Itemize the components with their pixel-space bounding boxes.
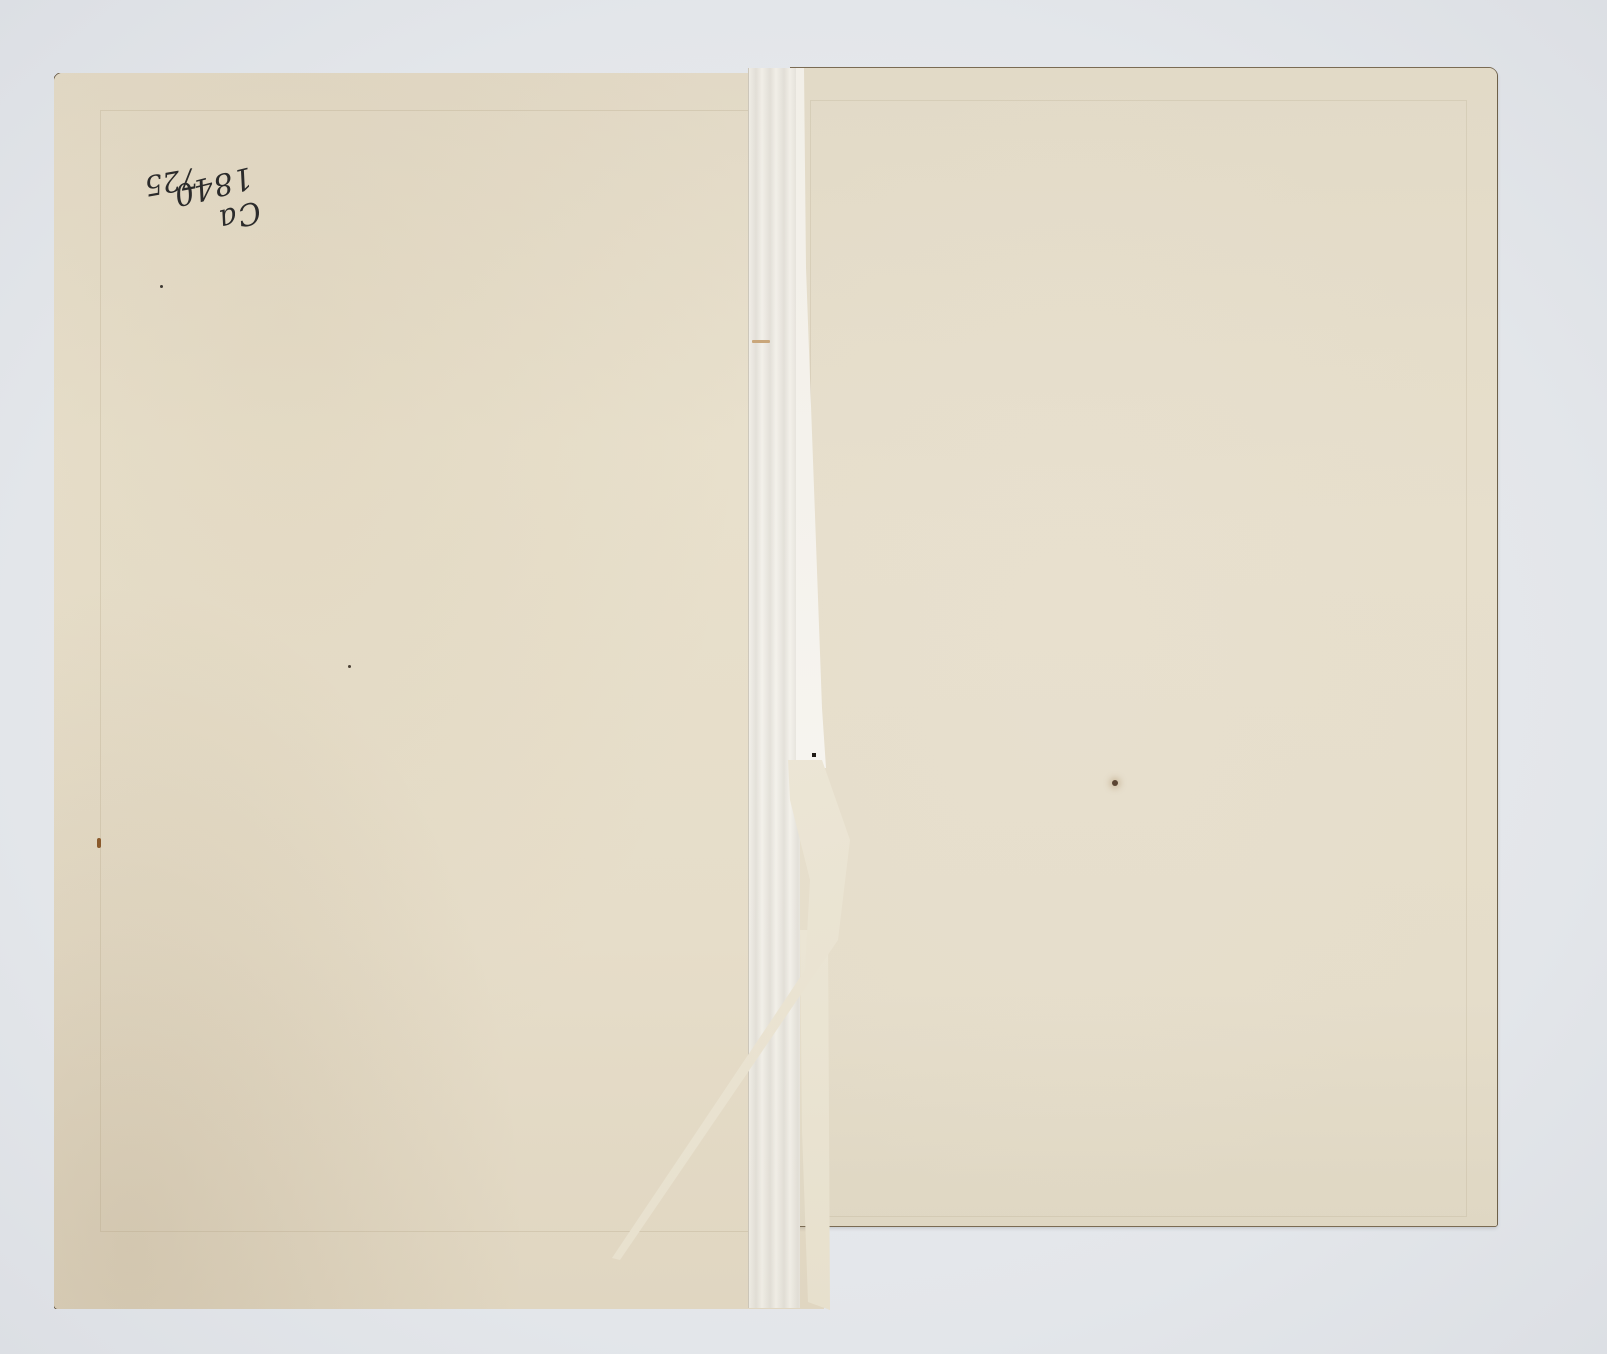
rust-stain [752, 340, 770, 343]
plate-mark-right [810, 100, 1467, 1217]
pencil-annotation: Ca 1840 725 [128, 140, 268, 250]
foxing-spot [348, 665, 351, 668]
center-hinge-tape [748, 68, 800, 1308]
foxing-spot [1112, 780, 1118, 786]
foxing-spot [160, 285, 163, 288]
foxing-spot [97, 838, 101, 848]
foxing-spot [812, 753, 816, 757]
plate-mark-left [100, 110, 752, 1232]
